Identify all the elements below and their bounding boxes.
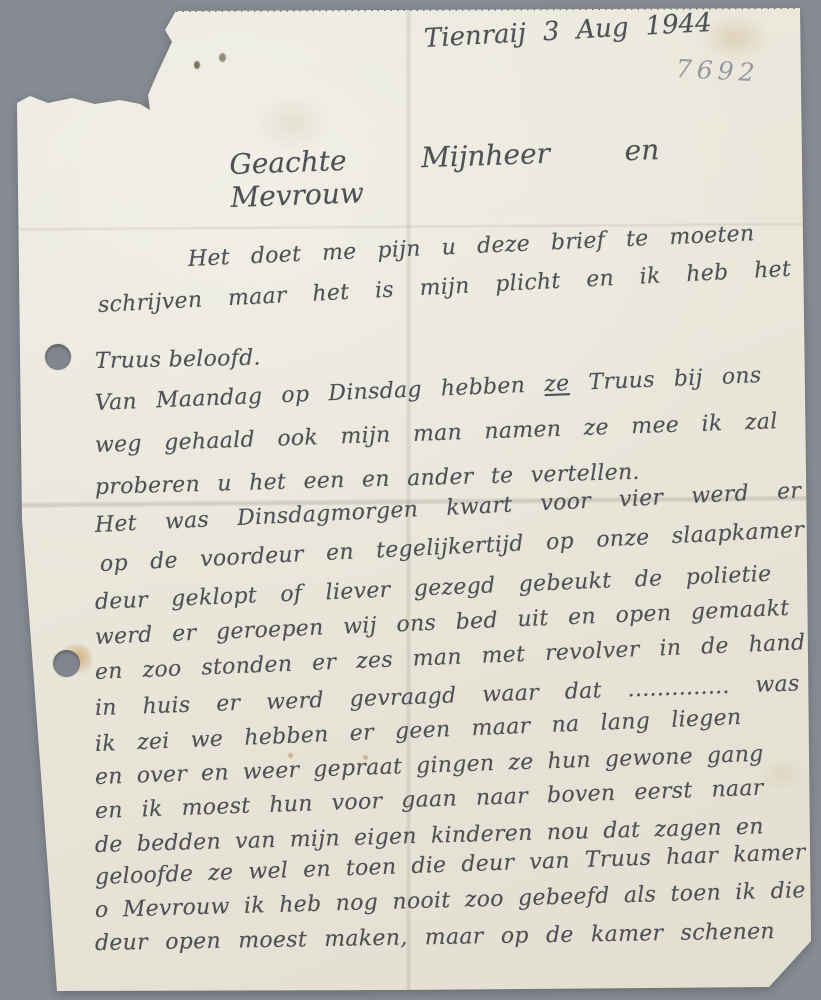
letter-salutation: Geachte Mijnheer en Mevrouw bbox=[229, 133, 661, 214]
letter-line: weg gehaald ook mijn man namen ze mee ik… bbox=[95, 408, 779, 460]
punch-hole-bottom bbox=[53, 650, 80, 677]
stain bbox=[760, 758, 804, 792]
letter-paper: Tienraij 3 Aug 1944 7692 Geachte Mijnhee… bbox=[0, 0, 821, 1000]
letter-line: Truus beloofd. bbox=[95, 343, 316, 376]
letter-dateline: Tienraij 3 Aug 1944 bbox=[423, 8, 712, 54]
archive-number-pencil: 7692 bbox=[675, 54, 752, 87]
stain bbox=[255, 95, 330, 150]
punch-hole-top bbox=[45, 344, 71, 370]
letter-line: deur open moest maken, maar op de kamer … bbox=[95, 918, 775, 958]
paper-speck bbox=[219, 53, 226, 62]
letter-paper-wrap: Tienraij 3 Aug 1944 7692 Geachte Mijnhee… bbox=[0, 0, 821, 1000]
paper-speck bbox=[194, 61, 200, 69]
photo-background: Tienraij 3 Aug 1944 7692 Geachte Mijnhee… bbox=[0, 0, 821, 1000]
